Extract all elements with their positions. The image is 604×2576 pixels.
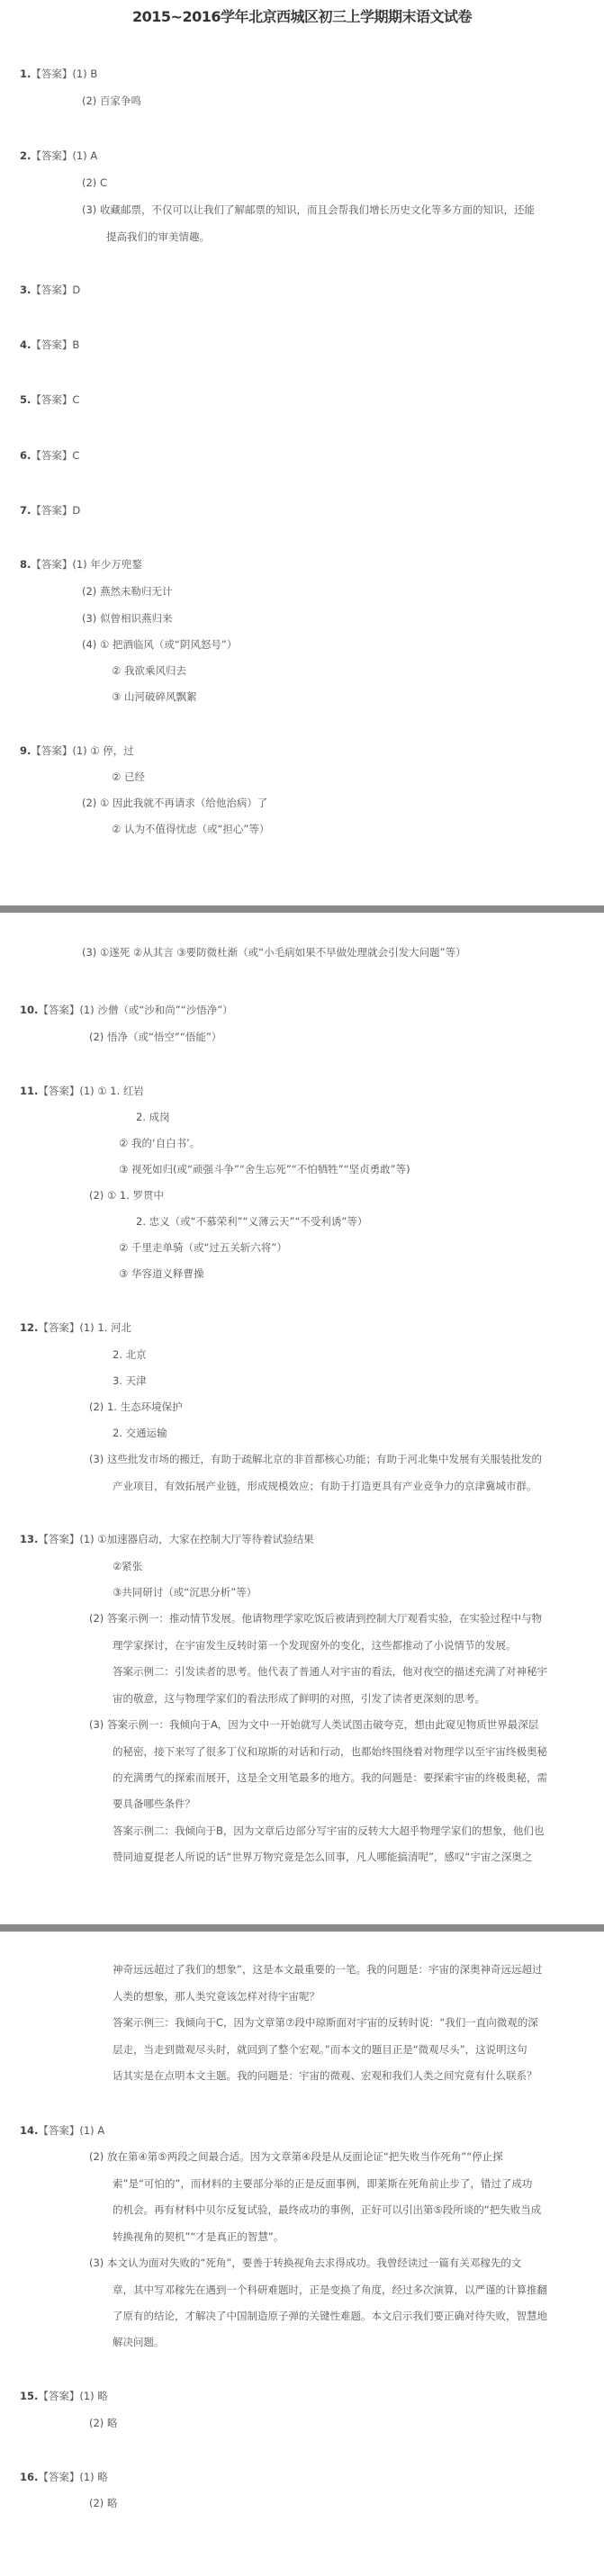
answer-text: 理学家探讨，在宇宙发生反转时第一个发现窗外的变化，这些都推动了小说情节的发展。 — [113, 1639, 517, 1652]
question-number: 13. — [20, 1533, 38, 1545]
question-answer-line: 11.【答案】(1) ① 1. 红岩 — [20, 1084, 144, 1098]
answer-text: (2) 燕然未勒归无计 — [82, 585, 172, 598]
answer-text: 【答案】(1) 略 — [38, 2390, 107, 2402]
answer-text: 【答案】D — [31, 284, 80, 296]
question-answer-line: 13.【答案】(1) ①加速器启动，大家在控制大厅等待着试验结果 — [20, 1532, 314, 1546]
answer-text: (3) 这些批发市场的搬迁，有助于疏解北京的非首都核心功能；有助于河北集中发展有… — [89, 1453, 542, 1465]
answer-continuation-line: (2) 略 — [89, 2416, 117, 2430]
answer-continuation-line: (2) 悟净（或“悟空”“悟能”） — [89, 1030, 221, 1044]
answer-continuation-line: 宙的敬意，这与物理学家们的看法形成了鲜明的对照，引发了读者更深刻的思考。 — [113, 1691, 485, 1706]
answer-continuation-line: (3) 这些批发市场的搬迁，有助于疏解北京的非首都核心功能；有助于河北集中发展有… — [89, 1452, 542, 1466]
answer-text: 神奇远远超过了我们的想象”，这是本文最重要的一笔。我的问题是：宇宙的深奥神奇远远… — [113, 1963, 542, 1976]
question-number: 11. — [20, 1085, 38, 1097]
question-answer-line: 10.【答案】(1) 沙僧（或“沙和尚”“沙悟净”） — [20, 1003, 233, 1017]
answer-text: 的秘密，接下来写了很多丁仪和琼斯的对话和行动，也都始终围绕着对物理学以至宇宙终极… — [113, 1745, 547, 1758]
answer-continuation-line: ② 我欲乘风归去 — [112, 663, 186, 678]
answer-continuation-line: (3) 本文认为面对失败的“死角”，要善于转换视角去求得成功。我曾经读过一篇有关… — [89, 2256, 521, 2270]
question-number: 1. — [20, 68, 31, 80]
answer-continuation-line: (4) ① 把酒临风（或“阴风怒号”） — [82, 637, 237, 652]
answer-text: 解决问题。 — [113, 2336, 165, 2348]
question-number: 14. — [20, 2124, 38, 2137]
answer-text: 2. 北京 — [113, 1348, 147, 1361]
answer-text: (3) 本文认为面对失败的“死角”，要善于转换视角去求得成功。我曾经读过一篇有关… — [89, 2256, 521, 2269]
answer-continuation-line: ② 千里走单骑（或“过五关斩六将”） — [119, 1240, 287, 1255]
answer-text: 【答案】(1) B — [31, 68, 97, 80]
answer-continuation-line: (2) ① 1. 罗贯中 — [89, 1188, 164, 1202]
answer-continuation-line: ③共同研讨（或“沉思分析”等） — [113, 1585, 257, 1599]
answer-continuation-line: (3) ①遂死 ②从其言 ③要防微杜渐（或“小毛病如果不早做处理就会引发大问题”… — [82, 945, 466, 959]
answer-continuation-line: (2) 略 — [89, 2496, 117, 2510]
answer-continuation-line: 2. 成岗 — [136, 1110, 170, 1124]
page-title: 2015~2016学年北京西城区初三上学期期末语文试卷 — [0, 5, 604, 26]
answer-text: 【答案】D — [31, 504, 80, 517]
answer-continuation-line: 2. 北京 — [113, 1347, 147, 1362]
answer-text: 产业项目，有效拓展产业链，形成规模效应；有助于打造更具有产业竞争力的京津冀城市群… — [113, 1480, 537, 1492]
answer-continuation-line: (2) 答案示例一：推动情节发展。他请物理学家吃饭后被请到控制大厅观看实验，在实… — [89, 1611, 542, 1626]
answer-continuation-line: ③ 华容道义释曹操 — [119, 1266, 203, 1281]
answer-text: (2) ① 因此我就不再请求（给他治病）了 — [82, 797, 267, 809]
question-number: 9. — [20, 744, 31, 757]
answer-continuation-line: 产业项目，有效拓展产业链，形成规模效应；有助于打造更具有产业竞争力的京津冀城市群… — [113, 1479, 537, 1493]
answer-continuation-line: (3) 似曾相识燕归来 — [82, 611, 172, 626]
answer-continuation-line: 人类的想象，那人类究竟该怎样对待宇宙呢？ — [113, 1989, 320, 2004]
answer-text: 【答案】(1) A — [38, 2124, 104, 2137]
answer-text: 【答案】(1) ①加速器启动，大家在控制大厅等待着试验结果 — [38, 1533, 313, 1545]
answer-continuation-line: (2) 百家争鸣 — [82, 94, 141, 108]
answer-continuation-line: ② 认为不值得忧虑（或“担心”等） — [112, 822, 269, 836]
answer-text: 人类的想象，那人类究竟该怎样对待宇宙呢？ — [113, 1990, 320, 2003]
answer-text: ③ 山河破碎风飘絮 — [112, 690, 196, 703]
question-answer-line: 5.【答案】C — [20, 392, 79, 407]
answer-continuation-line: 章，其中写邓稼先在遇到一个科研难题时，正是变换了角度，经过多次演算，以严谨的计算… — [113, 2283, 547, 2297]
answer-text: ③ 华容道义释曹操 — [119, 1267, 203, 1280]
answer-continuation-line: 解决问题。 — [113, 2335, 165, 2349]
answer-continuation-line: (3) 答案示例一：我倾向于A，因为文中一开始就写人类试图击破夸克，想由此窥见物… — [89, 1717, 538, 1732]
answer-continuation-line: 答案示例二：引发读者的思考。他代表了普通人对宇宙的看法，他对夜空的描述充满了对神… — [113, 1664, 547, 1679]
answer-text: ③共同研讨（或“沉思分析”等） — [113, 1586, 257, 1599]
question-answer-line: 14.【答案】(1) A — [20, 2123, 104, 2138]
answer-text: (4) ① 把酒临风（或“阴风怒号”） — [82, 638, 237, 651]
answer-text: 提高我们的审美情趣。 — [106, 230, 210, 243]
answer-text: (3) 似曾相识燕归来 — [82, 612, 172, 625]
question-answer-line: 9.【答案】(1) ① 停，过 — [20, 743, 134, 758]
answer-text: 章，其中写邓稼先在遇到一个科研难题时，正是变换了角度，经过多次演算，以严谨的计算… — [113, 2283, 547, 2296]
answer-continuation-line: 要具备哪些条件？ — [113, 1797, 195, 1811]
answer-text: 答案示例二：我倾向于B，因为文章后边部分写宇宙的反转大大超乎物理学家们的想象，他… — [113, 1824, 544, 1837]
answer-text: (2) 略 — [89, 2497, 117, 2509]
question-answer-line: 1.【答案】(1) B — [20, 67, 97, 81]
answer-continuation-line: (3) 收藏邮票，不仅可以让我们了解邮票的知识，而且会帮我们增长历史文化等多方面… — [82, 203, 535, 217]
answer-continuation-line: 提高我们的审美情趣。 — [106, 230, 210, 244]
answer-continuation-line: 的机会。再有材料中贝尔反复试验，最终成功的事例，正好可以引出第⑤段所谈的“把失败… — [113, 2202, 541, 2217]
question-number: 5. — [20, 393, 31, 406]
answer-text: 2. 成岗 — [136, 1111, 170, 1123]
answer-text: 【答案】(1) 年少万兜鍪 — [31, 558, 141, 571]
answer-continuation-line: ②紧张 — [113, 1559, 142, 1573]
answer-text: 【答案】C — [31, 393, 79, 406]
answer-text: 宙的敬意，这与物理学家们的看法形成了鲜明的对照，引发了读者更深刻的思考。 — [113, 1692, 485, 1705]
question-answer-line: 2.【答案】(1) A — [20, 149, 97, 163]
answer-continuation-line: 理学家探讨，在宇宙发生反转时第一个发现窗外的变化，这些都推动了小说情节的发展。 — [113, 1638, 517, 1653]
answer-text: 【答案】(1) A — [31, 149, 97, 162]
answer-continuation-line: 答案示例三：我倾向于C，因为文章第⑦段中琼斯面对宇宙的反转时说：“我们一直向微观… — [113, 2015, 538, 2030]
answer-text: 的机会。再有材料中贝尔反复试验，最终成功的事例，正好可以引出第⑤段所谈的“把失败… — [113, 2203, 541, 2216]
answer-text: ② 我的‘自白书’。 — [119, 1137, 200, 1149]
answer-text: 【答案】C — [31, 449, 79, 462]
question-number: 10. — [20, 1004, 38, 1016]
answer-text: 【答案】(1) ① 停，过 — [31, 744, 133, 757]
answer-continuation-line: 转换视角的契机”“才是真正的智慧”。 — [113, 2229, 284, 2244]
answer-text: (2) 百家争鸣 — [82, 95, 141, 107]
answer-continuation-line: (2) 放在第④第⑤两段之间最合适。因为文章第④段是从反面论证“把失败当作死角”… — [89, 2149, 503, 2164]
answer-continuation-line: ③ 视死如归(或“顽强斗争”“舍生忘死”“不怕牺牲”“坚贞勇敢”等) — [119, 1162, 410, 1176]
answer-continuation-line: 的秘密，接下来写了很多丁仪和琼斯的对话和行动，也都始终围绕着对物理学以至宇宙终极… — [113, 1744, 547, 1759]
answer-text: (2) 悟净（或“悟空”“悟能”） — [89, 1031, 221, 1043]
answer-text: (3) 答案示例一：我倾向于A，因为文中一开始就写人类试图击破夸克，想由此窥见物… — [89, 1718, 538, 1731]
answer-continuation-line: 层走，当走到微观尽头时，就回到了整个宏观。”而本文的题目正是“微观尽头”，这说明… — [113, 2042, 527, 2057]
answer-text: 的充满勇气的探索而展开，这是全文用笔最多的地方。我的问题是：要探索宇宙的终极奥秘… — [113, 1771, 547, 1784]
answer-text: 【答案】(1) 1. 河北 — [38, 1321, 131, 1334]
answer-continuation-line: 3. 天津 — [113, 1374, 147, 1388]
answer-text: ②紧张 — [113, 1560, 142, 1572]
page-break-divider — [0, 905, 604, 913]
page-break-divider — [0, 1924, 604, 1932]
question-answer-line: 15.【答案】(1) 略 — [20, 2389, 108, 2403]
answer-text: 层走，当走到微观尽头时，就回到了整个宏观。”而本文的题目正是“微观尽头”，这说明… — [113, 2043, 527, 2056]
answer-text: (2) ① 1. 罗贯中 — [89, 1189, 164, 1202]
answer-continuation-line: 赞同迪夏提老人所说的话“世界万物究竟是怎么回事，凡人哪能搞清呢”，感叹“宇宙之深… — [113, 1850, 532, 1864]
answer-continuation-line: 索”是“可怕的”，而材料的主要部分举的正是反面事例，即莱斯在死角前止步了，错过了… — [113, 2176, 532, 2191]
answer-text: ② 已经 — [112, 770, 145, 783]
answer-text: 了原有的结论，才解决了中国制造原子弹的关键性难题。本文启示我们要正确对待失败，智… — [113, 2310, 547, 2322]
answer-text: 索”是“可怕的”，而材料的主要部分举的正是反面事例，即莱斯在死角前止步了，错过了… — [113, 2177, 532, 2190]
answer-continuation-line: (2) C — [82, 176, 107, 190]
answer-continuation-line: 答案示例二：我倾向于B，因为文章后边部分写宇宙的反转大大超乎物理学家们的想象，他… — [113, 1824, 544, 1838]
answer-text: 2. 忠义（或“不慕荣利”“义薄云天”“不受利诱”等） — [136, 1215, 367, 1228]
answer-text: 3. 天津 — [113, 1374, 147, 1387]
question-answer-line: 16.【答案】(1) 略 — [20, 2470, 108, 2484]
answer-text: 【答案】(1) 略 — [38, 2471, 107, 2483]
question-number: 2. — [20, 149, 31, 162]
answer-text: (2) 1. 生态环境保护 — [89, 1401, 183, 1413]
answer-text: 答案示例二：引发读者的思考。他代表了普通人对宇宙的看法，他对夜空的描述充满了对神… — [113, 1665, 547, 1678]
answer-text: (2) 答案示例一：推动情节发展。他请物理学家吃饭后被请到控制大厅观看实验，在实… — [89, 1612, 542, 1625]
answer-continuation-line: 神奇远远超过了我们的想象”，这是本文最重要的一笔。我的问题是：宇宙的深奥神奇远远… — [113, 1962, 542, 1977]
answer-text: 【答案】B — [31, 338, 79, 351]
answer-continuation-line: (2) 1. 生态环境保护 — [89, 1400, 183, 1414]
question-number: 15. — [20, 2390, 38, 2402]
question-answer-line: 4.【答案】B — [20, 338, 79, 352]
answer-text: 转换视角的契机”“才是真正的智慧”。 — [113, 2230, 284, 2243]
answer-text: 话其实是在点明本文主题。我的问题是：宇宙的微观、宏观和我们人类之间究竟有什么联系… — [113, 2069, 537, 2082]
answer-text: ② 我欲乘风归去 — [112, 664, 186, 677]
answer-continuation-line: (2) 燕然未勒归无计 — [82, 584, 172, 599]
question-number: 6. — [20, 449, 31, 462]
answer-text: 2. 交通运输 — [113, 1427, 167, 1439]
question-answer-line: 12.【答案】(1) 1. 河北 — [20, 1320, 131, 1335]
answer-continuation-line: 了原有的结论，才解决了中国制造原子弹的关键性难题。本文启示我们要正确对待失败，智… — [113, 2309, 547, 2323]
question-number: 16. — [20, 2471, 38, 2483]
answer-text: (3) 收藏邮票，不仅可以让我们了解邮票的知识，而且会帮我们增长历史文化等多方面… — [82, 203, 535, 216]
answer-text: 要具备哪些条件？ — [113, 1797, 195, 1810]
answer-text: 答案示例三：我倾向于C，因为文章第⑦段中琼斯面对宇宙的反转时说：“我们一直向微观… — [113, 2016, 538, 2029]
answer-text: (2) 放在第④第⑤两段之间最合适。因为文章第④段是从反面论证“把失败当作死角”… — [89, 2150, 503, 2163]
answer-text: 赞同迪夏提老人所说的话“世界万物究竟是怎么回事，凡人哪能搞清呢”，感叹“宇宙之深… — [113, 1851, 532, 1863]
answer-continuation-line: 的充满勇气的探索而展开，这是全文用笔最多的地方。我的问题是：要探索宇宙的终极奥秘… — [113, 1770, 547, 1785]
answer-continuation-line: (2) ① 因此我就不再请求（给他治病）了 — [82, 796, 267, 810]
answer-continuation-line: ② 已经 — [112, 770, 145, 784]
answer-text: 【答案】(1) ① 1. 红岩 — [38, 1085, 144, 1097]
question-number: 7. — [20, 504, 31, 517]
question-number: 8. — [20, 558, 31, 571]
question-answer-line: 7.【答案】D — [20, 503, 80, 518]
answer-continuation-line: ② 我的‘自白书’。 — [119, 1136, 200, 1150]
answer-text: (3) ①遂死 ②从其言 ③要防微杜渐（或“小毛病如果不早做处理就会引发大问题”… — [82, 946, 466, 959]
answer-continuation-line: 2. 交通运输 — [113, 1426, 167, 1440]
answer-continuation-line: 话其实是在点明本文主题。我的问题是：宇宙的微观、宏观和我们人类之间究竟有什么联系… — [113, 2068, 537, 2083]
answer-continuation-line: 2. 忠义（或“不慕荣利”“义薄云天”“不受利诱”等） — [136, 1214, 367, 1229]
answer-text: (2) 略 — [89, 2417, 117, 2429]
question-number: 3. — [20, 284, 31, 296]
question-number: 4. — [20, 338, 31, 351]
answer-continuation-line: ③ 山河破碎风飘絮 — [112, 689, 196, 704]
answer-text: ② 千里走单骑（或“过五关斩六将”） — [119, 1241, 287, 1254]
answer-text: ② 认为不值得忧虑（或“担心”等） — [112, 823, 269, 835]
answer-text: 【答案】(1) 沙僧（或“沙和尚”“沙悟净”） — [38, 1004, 232, 1016]
question-answer-line: 8.【答案】(1) 年少万兜鍪 — [20, 557, 142, 572]
answer-text: (2) C — [82, 176, 107, 189]
answer-text: ③ 视死如归(或“顽强斗争”“舍生忘死”“不怕牺牲”“坚贞勇敢”等) — [119, 1163, 410, 1175]
question-answer-line: 6.【答案】C — [20, 448, 79, 463]
question-answer-line: 3.【答案】D — [20, 283, 80, 297]
question-number: 12. — [20, 1321, 38, 1334]
